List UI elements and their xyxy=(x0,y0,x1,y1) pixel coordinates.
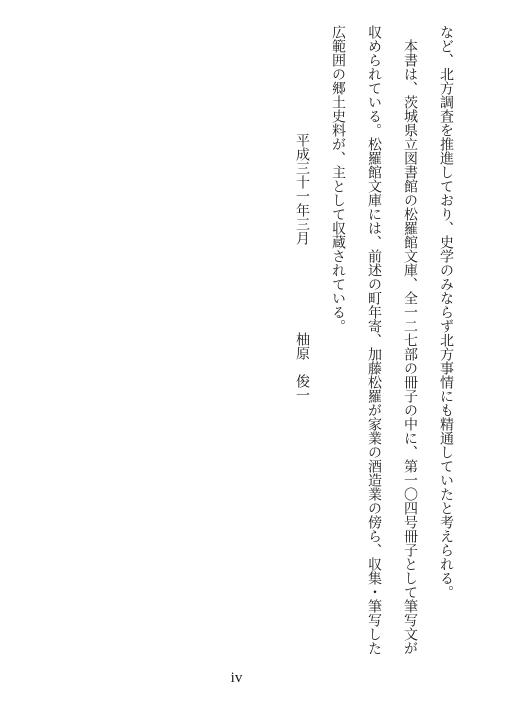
date-text: 平成三十一年三月 xyxy=(294,133,309,245)
body-column-1: など、北方調査を推進しており、史学のみならず北方事情にも精通していたと考えられる… xyxy=(427,25,463,685)
document-page: など、北方調査を推進しており、史学のみならず北方事情にも精通していたと考えられる… xyxy=(0,0,512,712)
page-number: iv xyxy=(0,670,473,687)
body-column-2: 本書は、茨城県立図書館の松羅館文庫、全一二七部の冊子の中に、第一〇四号冊子として… xyxy=(391,25,427,685)
body-column-4: 広範囲の郷土史料が、主として収蔵されている。 xyxy=(319,25,355,685)
colophon-column: 平成三十一年三月柚原 俊一 xyxy=(283,25,319,685)
vertical-text-block: など、北方調査を推進しており、史学のみならず北方事情にも精通していたと考えられる… xyxy=(283,25,463,685)
body-column-3: 収められている。松羅館文庫には、前述の町年寄、加藤松羅が家業の酒造業の傍ら、収集… xyxy=(355,25,391,685)
author-signature: 柚原 俊一 xyxy=(294,332,309,402)
